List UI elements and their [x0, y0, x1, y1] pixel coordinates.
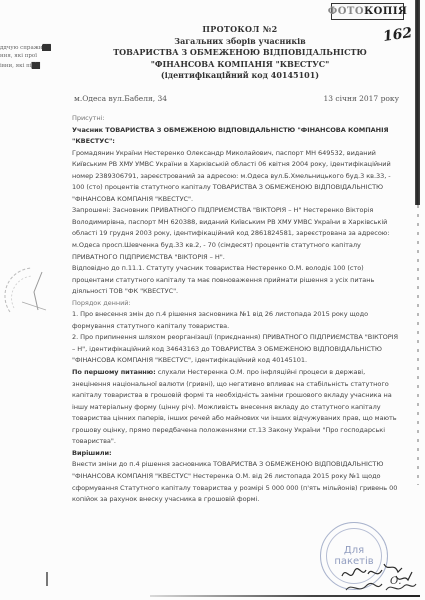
document-body: Присутні: Учасник ТОВАРИСТВА З ОБМЕЖЕНОЮ… — [72, 113, 402, 506]
handwritten-page-number: 162 — [382, 25, 413, 45]
company-name-line1: ТОВАРИСТВА З ОБМЕЖЕНОЮ ВІДПОВІДАЛЬНІСТЮ — [100, 47, 380, 59]
first-question-paragraph: По першому питанню: слухали Нестеренка О… — [72, 367, 402, 448]
photocopy-stamp-suffix: КОПІЯ — [364, 6, 407, 17]
faint-round-seal-icon — [2, 262, 62, 322]
scan-edge-dots — [417, 205, 419, 485]
member-details: Громадянин України Нестеренко Олександр … — [72, 148, 402, 206]
decision-text: Внести зміни до п.4 рішення засновника Т… — [72, 459, 402, 505]
left-fragment-text: ддчую спражн — [0, 45, 42, 51]
left-margin-fragment: ння, які прої — [0, 53, 37, 59]
left-fragment-text: ння, які прої — [0, 53, 37, 59]
left-fragment-text: івни, які пі — [0, 63, 32, 69]
handwritten-signature-icon: О. — [338, 560, 418, 598]
member-heading: Учасник ТОВАРИСТВА З ОБМЕЖЕНОЮ ВІДПОВІДА… — [72, 125, 402, 148]
agenda-item: 2. Про припинення шляхом реорганізації (… — [72, 332, 402, 367]
bottom-rule — [150, 595, 420, 597]
company-name-line2: "ФІНАНСОВА КОМПАНІЯ "КВЕСТУС" — [100, 59, 380, 71]
left-margin-fragment: івни, які пі██ — [0, 63, 40, 69]
seal-text-line1: Для — [344, 545, 364, 556]
left-margin-fragment: ддчую спражн██ — [0, 45, 51, 51]
protocol-title: ПРОТОКОЛ №2 — [100, 24, 380, 36]
photocopy-stamp: ФОТОКОПІЯ — [331, 3, 404, 20]
charter-clause: Відповідно до п.11.1. Статуту учасник то… — [72, 263, 402, 298]
document-header: ПРОТОКОЛ №2 Загальних зборів учасників Т… — [100, 24, 380, 82]
first-question-text: слухали Нестеренка О.М. про інфляційні п… — [72, 368, 397, 445]
place-date-line: м.Одеса вул.Бабеля, 34 13 січня 2017 рок… — [74, 94, 399, 103]
first-question-label: По першому питанню: — [72, 368, 156, 376]
agenda-item: 1. Про внесення змін до п.4 рішення засн… — [72, 309, 402, 332]
photocopy-stamp-prefix: ФОТО — [328, 6, 364, 17]
agenda-label: Порядок денний: — [72, 298, 402, 310]
present-label: Присутні: — [72, 113, 402, 125]
scan-edge-shadow — [415, 0, 420, 205]
margin-mark — [46, 572, 48, 586]
protocol-subtitle: Загальних зборів учасників — [100, 36, 380, 48]
invited-persons: Запрошені: Засновник ПРИВАТНОГО ПІДПРИЄМ… — [72, 205, 402, 263]
meeting-date: 13 січня 2017 року — [324, 94, 400, 103]
company-id-code: (ідентифікаційний код 40145101) — [100, 70, 380, 82]
svg-text:О.: О. — [390, 576, 401, 587]
decided-label: Вирішили: — [72, 448, 402, 460]
meeting-place: м.Одеса вул.Бабеля, 34 — [74, 94, 167, 103]
scanned-document-page: ФОТОКОПІЯ 162 ддчую спражн██ ння, які пр… — [0, 0, 425, 600]
